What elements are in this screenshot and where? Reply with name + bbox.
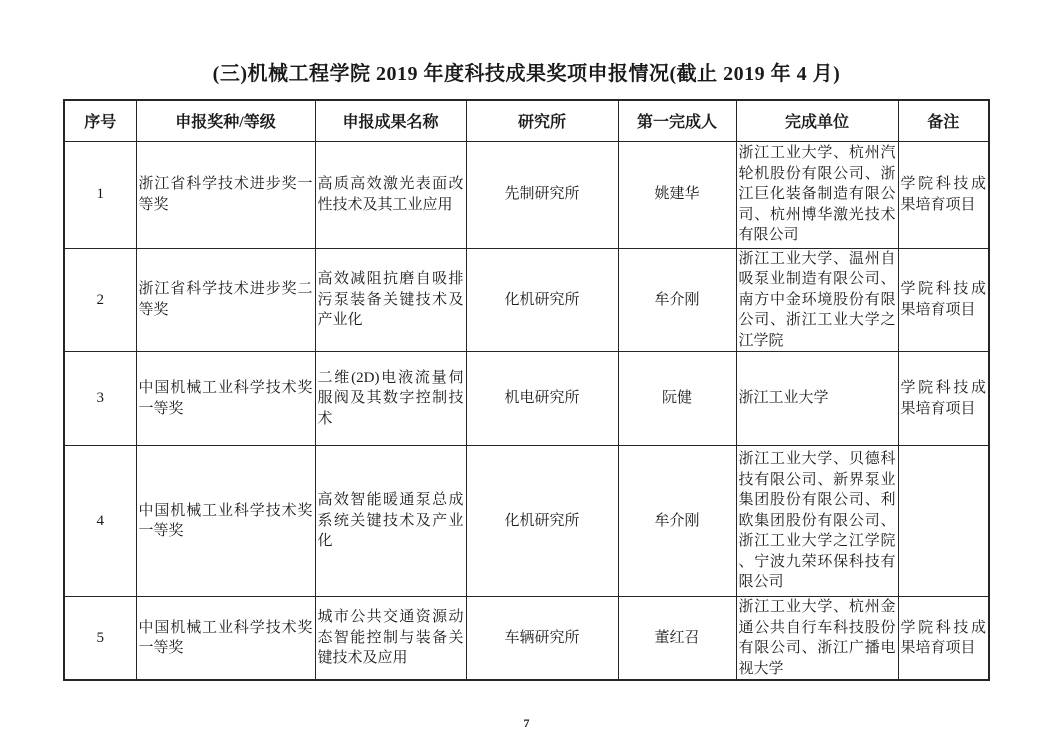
cell-award: 浙江省科学技术进步奖二等奖 bbox=[136, 248, 315, 352]
cell-award: 中国机械工业科学技术奖一等奖 bbox=[136, 446, 315, 597]
cell-institute: 化机研究所 bbox=[466, 446, 618, 597]
cell-units: 浙江工业大学、温州自吸泵业制造有限公司、南方中金环境股份有限公司、浙江工业大学之… bbox=[736, 248, 898, 352]
cell-achievement: 二维(2D)电液流量伺服阀及其数字控制技术 bbox=[315, 352, 466, 446]
cell-no: 5 bbox=[64, 597, 136, 681]
cell-achievement: 高质高效激光表面改性技术及其工业应用 bbox=[315, 141, 466, 248]
cell-first-person: 牟介刚 bbox=[618, 248, 736, 352]
awards-table: 序号 申报奖种/等级 申报成果名称 研究所 第一完成人 完成单位 备注 1 浙江… bbox=[63, 99, 990, 681]
cell-institute: 车辆研究所 bbox=[466, 597, 618, 681]
cell-institute: 机电研究所 bbox=[466, 352, 618, 446]
cell-units: 浙江工业大学、杭州汽轮机股份有限公司、浙江巨化装备制造有限公司、杭州博华激光技术… bbox=[736, 141, 898, 248]
table-row: 5 中国机械工业科学技术奖一等奖 城市公共交通资源动态智能控制与装备关键技术及应… bbox=[64, 597, 989, 681]
table-row: 2 浙江省科学技术进步奖二等奖 高效减阻抗磨自吸排污泵装备关键技术及产业化 化机… bbox=[64, 248, 989, 352]
col-header-achievement: 申报成果名称 bbox=[315, 100, 466, 141]
cell-remark bbox=[898, 446, 989, 597]
cell-units: 浙江工业大学 bbox=[736, 352, 898, 446]
cell-achievement: 高效减阻抗磨自吸排污泵装备关键技术及产业化 bbox=[315, 248, 466, 352]
cell-award: 中国机械工业科学技术奖一等奖 bbox=[136, 597, 315, 681]
cell-achievement: 高效智能暖通泵总成系统关键技术及产业化 bbox=[315, 446, 466, 597]
cell-remark: 学院科技成果培育项目 bbox=[898, 352, 989, 446]
cell-no: 4 bbox=[64, 446, 136, 597]
page-title: (三)机械工程学院 2019 年度科技成果奖项申报情况(截止 2019 年 4 … bbox=[0, 57, 1053, 86]
col-header-institute: 研究所 bbox=[466, 100, 618, 141]
col-header-award: 申报奖种/等级 bbox=[136, 100, 315, 141]
cell-first-person: 牟介刚 bbox=[618, 446, 736, 597]
table-row: 3 中国机械工业科学技术奖一等奖 二维(2D)电液流量伺服阀及其数字控制技术 机… bbox=[64, 352, 989, 446]
cell-first-person: 董红召 bbox=[618, 597, 736, 681]
cell-achievement: 城市公共交通资源动态智能控制与装备关键技术及应用 bbox=[315, 597, 466, 681]
cell-no: 1 bbox=[64, 141, 136, 248]
cell-remark: 学院科技成果培育项目 bbox=[898, 597, 989, 681]
col-header-units: 完成单位 bbox=[736, 100, 898, 141]
cell-no: 2 bbox=[64, 248, 136, 352]
cell-remark: 学院科技成果培育项目 bbox=[898, 141, 989, 248]
cell-institute: 先制研究所 bbox=[466, 141, 618, 248]
cell-award: 中国机械工业科学技术奖一等奖 bbox=[136, 352, 315, 446]
table-row: 4 中国机械工业科学技术奖一等奖 高效智能暖通泵总成系统关键技术及产业化 化机研… bbox=[64, 446, 989, 597]
cell-units: 浙江工业大学、杭州金通公共自行车科技股份有限公司、浙江广播电视大学 bbox=[736, 597, 898, 681]
cell-institute: 化机研究所 bbox=[466, 248, 618, 352]
cell-first-person: 阮健 bbox=[618, 352, 736, 446]
cell-first-person: 姚建华 bbox=[618, 141, 736, 248]
cell-units: 浙江工业大学、贝德科技有限公司、新界泵业集团股份有限公司、利欧集团股份有限公司、… bbox=[736, 446, 898, 597]
table-header-row: 序号 申报奖种/等级 申报成果名称 研究所 第一完成人 完成单位 备注 bbox=[64, 100, 989, 141]
cell-award: 浙江省科学技术进步奖一等奖 bbox=[136, 141, 315, 248]
col-header-remark: 备注 bbox=[898, 100, 989, 141]
cell-remark: 学院科技成果培育项目 bbox=[898, 248, 989, 352]
col-header-first-person: 第一完成人 bbox=[618, 100, 736, 141]
page-number: 7 bbox=[0, 716, 1053, 731]
table-row: 1 浙江省科学技术进步奖一等奖 高质高效激光表面改性技术及其工业应用 先制研究所… bbox=[64, 141, 989, 248]
col-header-no: 序号 bbox=[64, 100, 136, 141]
cell-no: 3 bbox=[64, 352, 136, 446]
